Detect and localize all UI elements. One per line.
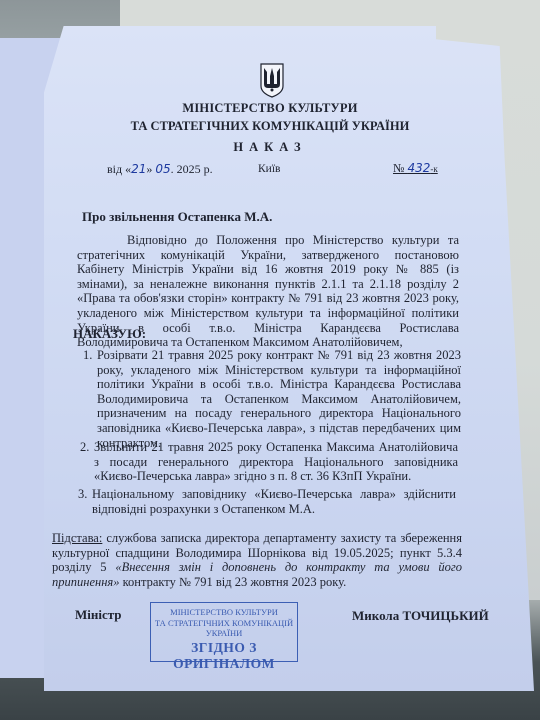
city: Київ <box>258 163 280 175</box>
order-heading: НАКАЗУЮ: <box>73 326 146 342</box>
document-title: НАКАЗ <box>0 140 540 155</box>
order-number: № 432-к <box>393 161 438 176</box>
ukraine-trident-icon <box>259 62 285 98</box>
certification-stamp: МІНІСТЕРСТВО КУЛЬТУРИ ТА СТРАТЕГІЧНИХ КО… <box>150 602 298 662</box>
stamp-line3: ЗГІДНО З ОРИГІНАЛОМ <box>151 640 297 672</box>
order-item-2: 2. Звільнити 21 травня 2025 року Остапен… <box>80 440 458 484</box>
item-text: Звільнити 21 травня 2025 року Остапенка … <box>94 440 458 484</box>
item-text: Розірвати 21 травня 2025 року контракт №… <box>97 348 461 450</box>
signatory-name: Микола ТОЧИЦЬКИЙ <box>352 608 489 624</box>
item-number: 1. <box>83 348 92 363</box>
item-number: 2. <box>80 440 89 455</box>
order-item-3: 3. Національному заповіднику «Києво-Пече… <box>78 487 456 516</box>
basis-label: Підстава: <box>52 531 102 545</box>
item-text: Національному заповіднику «Києво-Печерсь… <box>92 487 456 516</box>
stamp-line2: ТА СТРАТЕГІЧНИХ КОМУНІКАЦІЙ УКРАЇНИ <box>151 618 297 638</box>
number-prefix: № <box>393 161 407 175</box>
date-suffix: . 2025 р. <box>171 162 213 176</box>
order-document: МІНІСТЕРСТВО КУЛЬТУРИ ТА СТРАТЕГІЧНИХ КО… <box>0 0 540 720</box>
date-day: 21 <box>131 162 146 176</box>
signatory-position: Міністр <box>75 607 122 623</box>
stamp-line1: МІНІСТЕРСТВО КУЛЬТУРИ <box>151 607 297 617</box>
number-suffix: -к <box>430 164 437 174</box>
order-item-1: 1. Розірвати 21 травня 2025 року контрак… <box>83 348 461 450</box>
number-value: 432 <box>407 161 430 175</box>
date-prefix: від « <box>107 162 131 176</box>
ministry-name-line1: МІНІСТЕРСТВО КУЛЬТУРИ <box>0 101 540 116</box>
order-date: від «21» 05. 2025 р. <box>107 162 213 177</box>
basis-paragraph: Підстава: службова записка директора деп… <box>52 531 462 589</box>
item-number: 3. <box>78 487 87 502</box>
date-month: 05 <box>155 162 170 176</box>
order-subject: Про звільнення Остапенка М.А. <box>82 209 272 225</box>
ministry-name-line2: ТА СТРАТЕГІЧНИХ КОМУНІКАЦІЙ УКРАЇНИ <box>0 119 540 134</box>
basis-text-2: контракту № 791 від 23 жовтня 2023 року. <box>119 575 346 589</box>
